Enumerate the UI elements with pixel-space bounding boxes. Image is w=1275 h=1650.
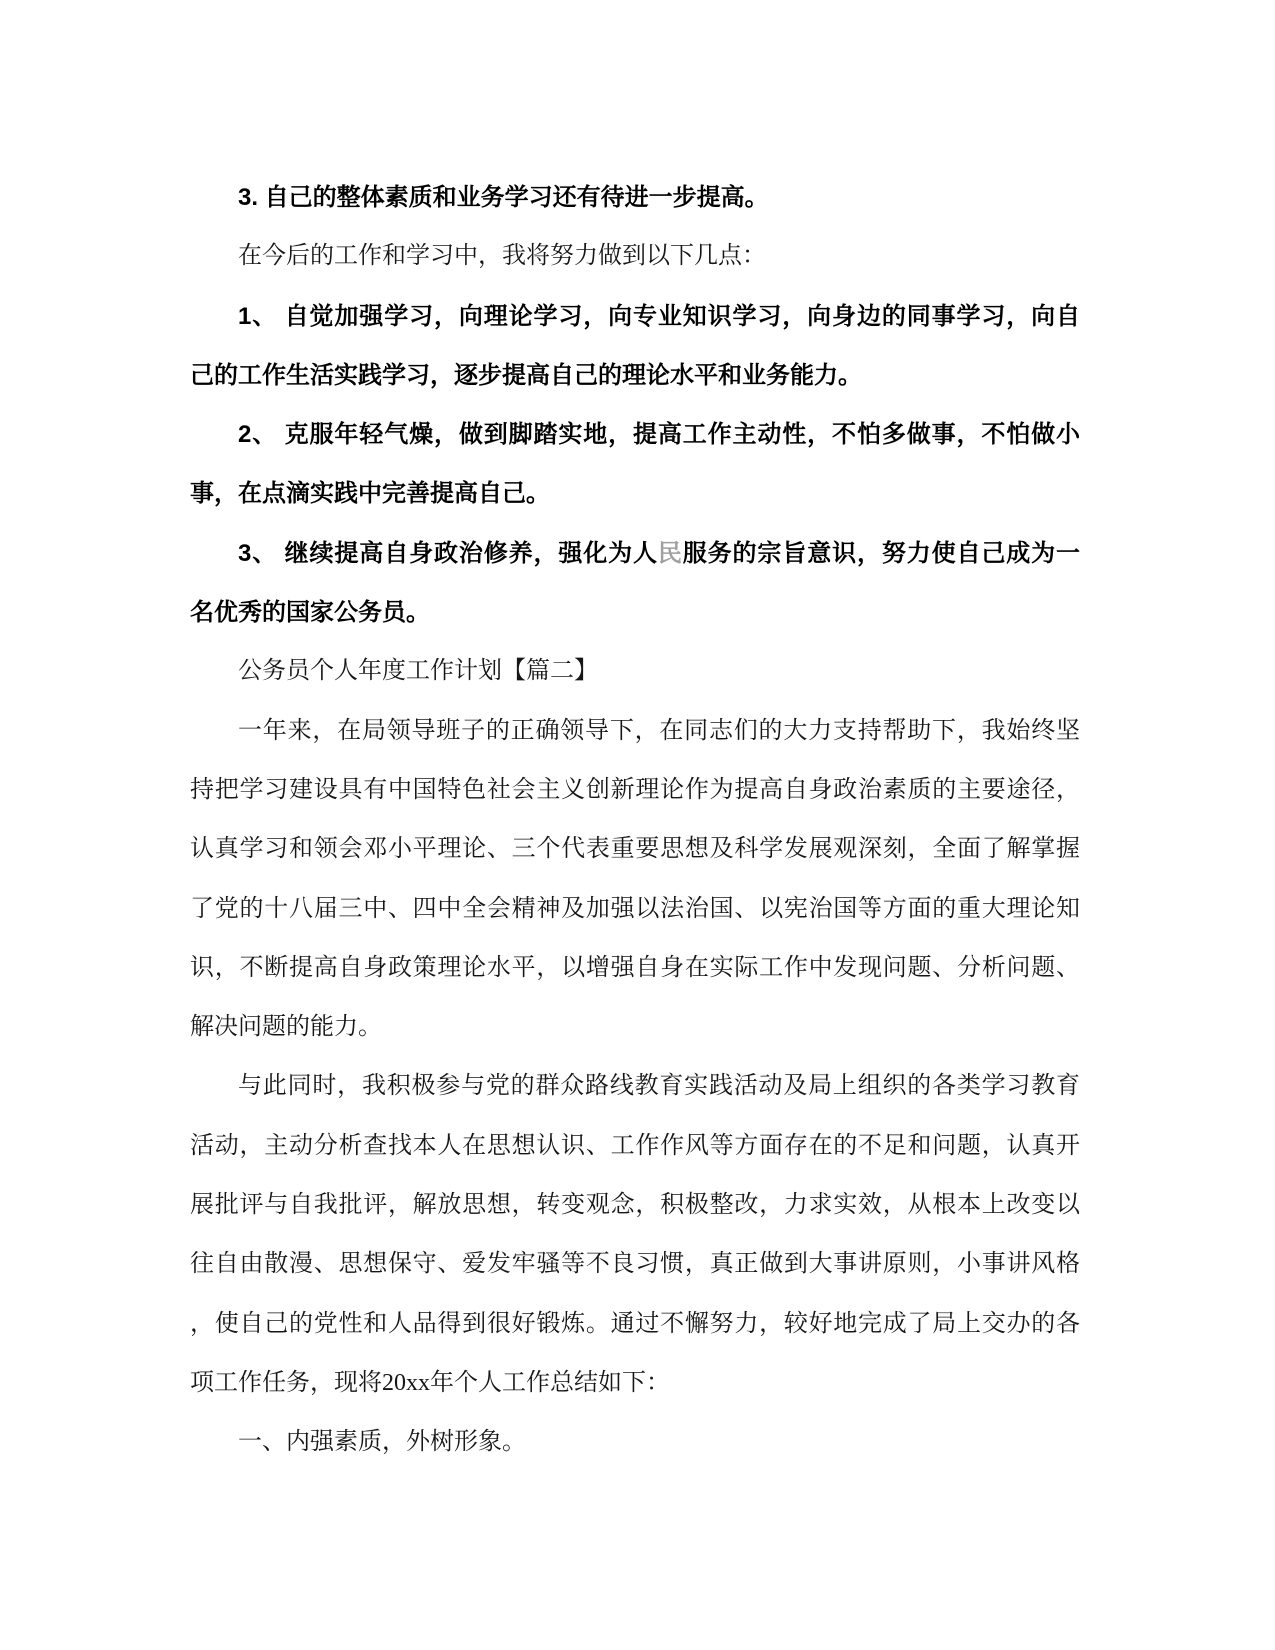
text-line: 展批评与自我批评，解放思想，转变观念，积极整改，力求实效，从根本上改变以	[190, 1176, 1080, 1235]
text-line: 往自由散漫、思想保守、爱发牢骚等不良习惯，真正做到大事讲原则，小事讲风格	[190, 1235, 1080, 1294]
text-line: 名优秀的国家公务员。	[190, 583, 1080, 642]
text-segment: 1、 自觉加强学习，向理论学习，向专业知识学习，向身边的同事学习，向自	[238, 303, 1080, 330]
text-segment: 展批评与自我批评，解放思想，转变观念，积极整改，力求实效，从根本上改变以	[190, 1192, 1080, 1218]
text-segment: 一年来，在局领导班子的正确领导下，在同志们的大力支持帮助下，我始终坚	[238, 718, 1080, 744]
text-segment: 2、 克服年轻气燥，做到脚踏实地，提高工作主动性，不怕多做事，不怕做小	[238, 421, 1080, 448]
text-line: 公务员个人年度工作计划【篇二】	[190, 642, 1080, 701]
text-segment: 己的工作生活实践学习，逐步提高自己的理论水平和业务能力。	[190, 362, 862, 389]
text-segment: 活动，主动分析查找本人在思想认识、工作作风等方面存在的不足和问题，认真开	[190, 1133, 1080, 1159]
text-segment: 与此同时，我积极参与党的群众路线教育实践活动及局上组织的各类学习教育	[238, 1073, 1080, 1099]
text-segment: 公务员个人年度工作计划【篇二】	[238, 658, 598, 684]
text-line: 活动，主动分析查找本人在思想认识、工作作风等方面存在的不足和问题，认真开	[190, 1117, 1080, 1176]
text-line: 2、 克服年轻气燥，做到脚踏实地，提高工作主动性，不怕多做事，不怕做小	[190, 405, 1080, 464]
text-line: 3. 自己的整体素质和业务学习还有待进一步提高。	[190, 168, 1080, 227]
text-segment: 持把学习建设具有中国特色社会主义创新理论作为提高自身政治素质的主要途径，	[190, 777, 1080, 803]
text-segment: 解决问题的能力。	[190, 1014, 382, 1040]
text-segment: 一、内强素质，外树形象。	[238, 1429, 526, 1455]
text-line: ，使自己的党性和人品得到很好锻炼。通过不懈努力，较好地完成了局上交办的各	[190, 1295, 1080, 1354]
document-body: 3. 自己的整体素质和业务学习还有待进一步提高。在今后的工作和学习中，我将努力做…	[190, 168, 1080, 1473]
text-line: 一年来，在局领导班子的正确领导下，在同志们的大力支持帮助下，我始终坚	[190, 702, 1080, 761]
text-line: 解决问题的能力。	[190, 998, 1080, 1057]
text-line: 了党的十八届三中、四中全会精神及加强以法治国、以宪治国等方面的重大理论知	[190, 880, 1080, 939]
text-segment: 认真学习和领会邓小平理论、三个代表重要思想及科学发展观深刻，全面了解掌握	[190, 836, 1080, 862]
text-segment: 3. 自己的整体素质和业务学习还有待进一步提高。	[238, 184, 769, 211]
text-line: 持把学习建设具有中国特色社会主义创新理论作为提高自身政治素质的主要途径，	[190, 761, 1080, 820]
text-line: 项工作任务，现将20xx年个人工作总结如下：	[190, 1354, 1080, 1413]
text-segment: 名优秀的国家公务员。	[190, 599, 430, 626]
text-line: 一、内强素质，外树形象。	[190, 1413, 1080, 1472]
muted-character: 民	[658, 540, 683, 567]
text-line: 3、 继续提高自身政治修养，强化为人民服务的宗旨意识，努力使自己成为一	[190, 524, 1080, 583]
text-line: 与此同时，我积极参与党的群众路线教育实践活动及局上组织的各类学习教育	[190, 1057, 1080, 1116]
text-line: 事，在点滴实践中完善提高自己。	[190, 464, 1080, 523]
text-line: 认真学习和领会邓小平理论、三个代表重要思想及科学发展观深刻，全面了解掌握	[190, 820, 1080, 879]
text-segment: 了党的十八届三中、四中全会精神及加强以法治国、以宪治国等方面的重大理论知	[190, 896, 1080, 922]
text-segment: 往自由散漫、思想保守、爱发牢骚等不良习惯，真正做到大事讲原则，小事讲风格	[190, 1251, 1080, 1277]
text-segment: 事，在点滴实践中完善提高自己。	[190, 480, 550, 507]
document-page: 3. 自己的整体素质和业务学习还有待进一步提高。在今后的工作和学习中，我将努力做…	[0, 0, 1275, 1650]
text-segment: 3、 继续提高自身政治修养，强化为人	[238, 540, 658, 567]
text-segment: 项工作任务，现将20xx年个人工作总结如下：	[190, 1370, 670, 1396]
text-segment: 服务的宗旨意识，努力使自己成为一	[683, 540, 1080, 567]
text-line: 识，不断提高自身政策理论水平，以增强自身在实际工作中发现问题、分析问题、	[190, 939, 1080, 998]
text-line: 己的工作生活实践学习，逐步提高自己的理论水平和业务能力。	[190, 346, 1080, 405]
text-segment: ，使自己的党性和人品得到很好锻炼。通过不懈努力，较好地完成了局上交办的各	[190, 1311, 1080, 1337]
text-line: 在今后的工作和学习中，我将努力做到以下几点：	[190, 227, 1080, 286]
text-segment: 在今后的工作和学习中，我将努力做到以下几点：	[238, 243, 766, 269]
text-segment: 识，不断提高自身政策理论水平，以增强自身在实际工作中发现问题、分析问题、	[190, 955, 1080, 981]
text-line: 1、 自觉加强学习，向理论学习，向专业知识学习，向身边的同事学习，向自	[190, 287, 1080, 346]
